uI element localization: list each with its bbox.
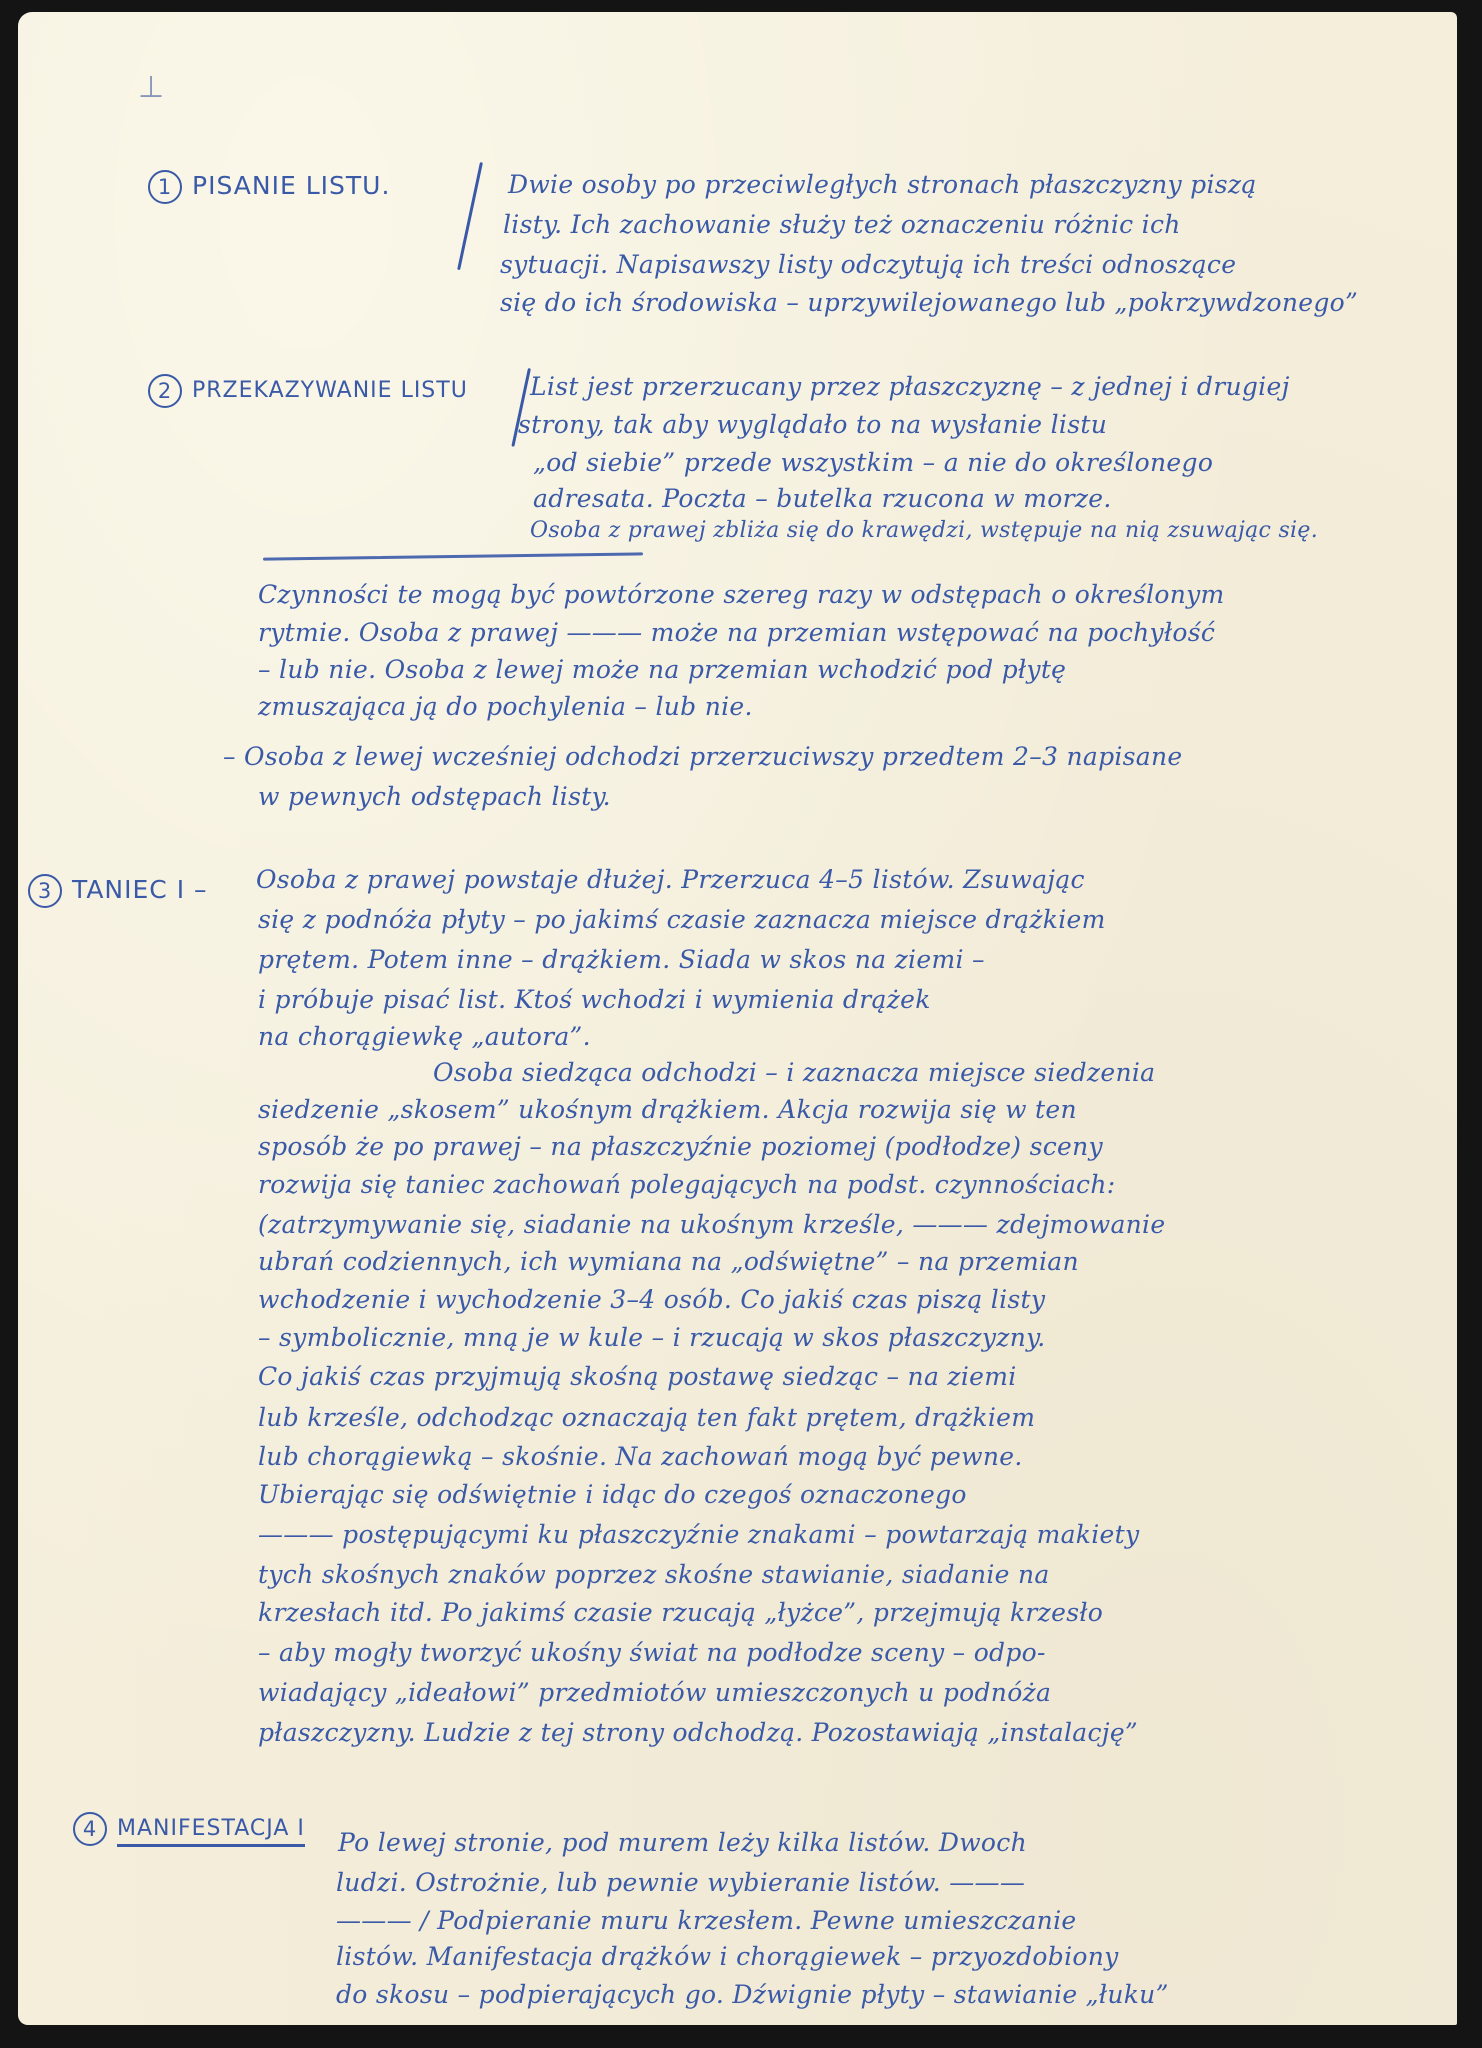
text-line: Osoba z prawej zbliża się do krawędzi, w… [530,520,1318,542]
text-line: rytmie. Osoba z prawej ——— może na przem… [258,620,1215,645]
text-line: rozwija się taniec zachowań polegających… [258,1172,1115,1197]
text-line: w pewnych odstępach listy. [258,784,611,809]
text-line: wiadający „ideałowi” przedmiotów umieszc… [258,1680,1051,1705]
text-line: Osoba z prawej powstaje dłużej. Przerzuc… [256,867,1085,892]
bullet-line: – Osoba z lewej wcześniej odchodzi przer… [223,744,1183,769]
text-line: wchodzenie i wychodzenie 3–4 osób. Co ja… [258,1287,1045,1312]
section-3-heading: 3TANIEC I – [28,874,208,908]
section-divider-slash [457,162,483,270]
section-number-circle: 1 [148,170,182,204]
text-line: (zatrzymywanie się, siadanie na ukośnym … [258,1212,1165,1237]
text-line: do skosu – podpierających go. Dźwignie p… [336,1982,1169,2007]
text-line: ubrań codziennych, ich wymiana na „odświ… [258,1249,1079,1274]
text-line: się do ich środowiska – uprzywilejowaneg… [500,290,1358,315]
text-line: tych skośnych znaków poprzez skośne staw… [258,1562,1050,1587]
text-line: „od siebie” przede wszystkim – a nie do … [533,450,1213,475]
text-line: ——— postępującymi ku płaszczyźnie znakam… [258,1522,1139,1547]
text-line: sytuacji. Napisawszy listy odczytują ich… [500,252,1236,277]
section-2-heading: 2PRZEKAZYWANIE LISTU [148,374,468,408]
text-line: Osoba siedząca odchodzi – i zaznacza mie… [433,1060,1155,1085]
text-line: Dwie osoby po przeciwległych stronach pł… [508,172,1257,197]
text-line: – lub nie. Osoba z lewej może na przemia… [258,657,1066,682]
section-1-heading: 1PISANIE LISTU. [148,170,390,204]
text-line: lub krześle, odchodząc oznaczają ten fak… [258,1405,1035,1430]
section-number-circle: 3 [28,874,62,908]
separator-line [263,552,643,560]
text-line: ——— / Podpieranie muru krzesłem. Pewne u… [336,1908,1076,1933]
corner-mark: ⊥ [138,70,164,105]
text-line: się z podnóża płyty – po jakimś czasie z… [258,907,1106,932]
text-line: lub chorągiewką – skośnie. Na zachowań m… [258,1444,1023,1469]
text-line: listy. Ich zachowanie służy też oznaczen… [503,212,1181,237]
text-line: ludzi. Ostrożnie, lub pewnie wybieranie … [336,1870,1025,1895]
text-line: na chorągiewkę „autora”. [258,1024,591,1049]
section-4-heading: 4MANIFESTACJA I [73,1812,305,1846]
text-line: Co jakiś czas przyjmują skośną postawę s… [258,1364,1017,1389]
section-number-circle: 2 [148,374,182,408]
text-line: zmuszająca ją do pochylenia – lub nie. [258,694,753,719]
text-line: – aby mogły tworzyć ukośny świat na podł… [258,1640,1046,1665]
text-line: prętem. Potem inne – drążkiem. Siada w s… [258,947,985,972]
text-line: i próbuje pisać list. Ktoś wchodzi i wym… [258,987,931,1012]
text-line: Ubierając się odświętnie i idąc do czego… [258,1482,967,1507]
text-line: listów. Manifestacja drążków i chorągiew… [336,1944,1119,1969]
section-title: TANIEC I – [72,875,208,904]
section-number-circle: 4 [73,1812,107,1846]
manuscript-page: ⊥ 1PISANIE LISTU. Dwie osoby po przeciwl… [18,12,1457,2025]
section-title: PISANIE LISTU. [192,171,390,200]
text-line: List jest przerzucany przez płaszczyznę … [530,374,1290,399]
text-line: – symbolicznie, mną je w kule – i rzucaj… [258,1325,1046,1350]
section-title: MANIFESTACJA I [117,1816,305,1847]
text-line: płaszczyzny. Ludzie z tej strony odchodz… [258,1720,1138,1745]
text-line: adresata. Poczta – butelka rzucona w mor… [533,486,1112,511]
section-title: PRZEKAZYWANIE LISTU [192,378,468,403]
text-line: sposób że po prawej – na płaszczyźnie po… [258,1134,1103,1159]
text-line: siedzenie „skosem” ukośnym drążkiem. Akc… [258,1097,1077,1122]
text-line: Po lewej stronie, pod murem leży kilka l… [338,1830,1027,1855]
text-line: krzesłach itd. Po jakimś czasie rzucają … [258,1600,1103,1625]
text-line: Czynności te mogą być powtórzone szereg … [258,582,1225,607]
text-line: strony, tak aby wyglądało to na wysłanie… [518,412,1107,437]
